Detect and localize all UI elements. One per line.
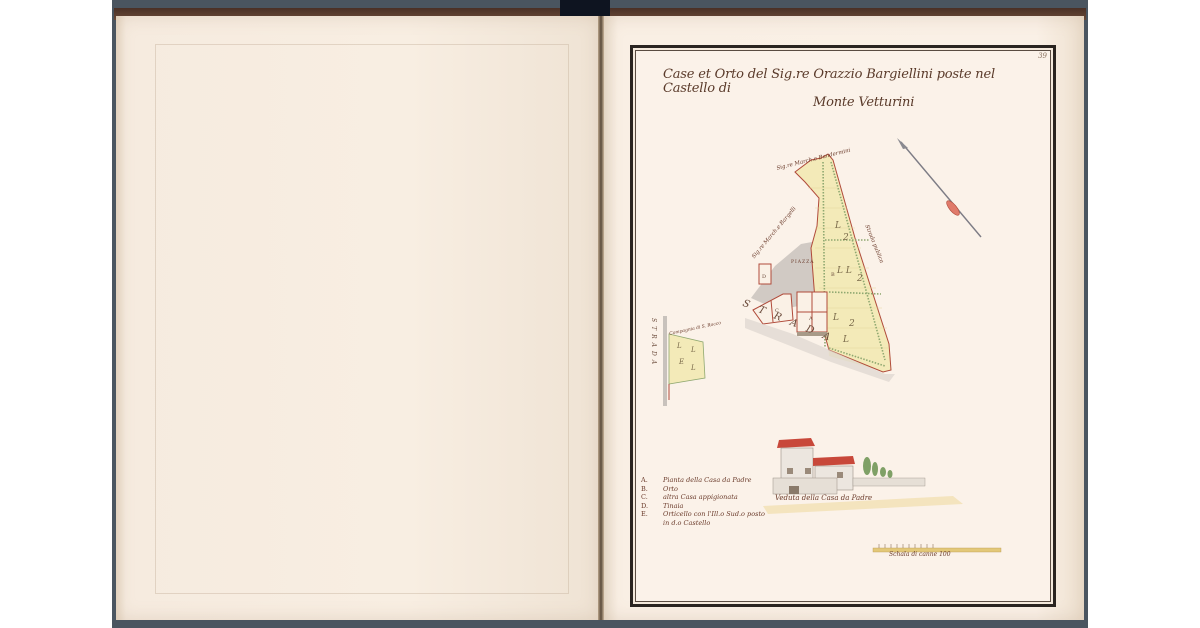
label-piazza: PIAZZA [791,260,815,265]
street-label-small: STRADA [650,318,657,368]
svg-text:2: 2 [842,233,849,243]
svg-text:L: L [834,221,841,231]
svg-text:2: 2 [856,274,863,284]
map-legend: A. Pianta della Casa da Padre B. Orto C.… [641,476,781,528]
svg-text:D: D [762,274,766,280]
svg-text:B: B [831,272,835,278]
legend-item-b: B. Orto [641,485,781,494]
legend-item-e: E. Orticello con l'Ill.o Sud.o posto [641,510,781,519]
svg-text:L: L [690,346,696,354]
svg-text:2: 2 [848,319,855,329]
show-through-frame [155,44,569,594]
house-view-caption: Veduta della Casa da Padre [775,494,872,502]
compass-arrow-icon [897,138,981,237]
svg-text:L L: L L [836,266,852,276]
scale-caption: Schala di canne 100 [889,551,951,558]
legend-item-a: A. Pianta della Casa da Padre [641,476,781,485]
legend-item-d: D. Tinaia [641,502,781,511]
legend-item-c: C. altra Casa appigionata [641,493,781,502]
svg-text:L: L [676,342,682,350]
svg-text:A: A [808,316,813,322]
house-elevation-drawing [763,438,963,514]
map-frame: 39 Case et Orto del Sig.re Orazzio Bargi… [630,45,1056,607]
svg-text:L: L [690,364,696,372]
svg-text:L: L [832,313,839,323]
svg-text:E: E [678,358,684,366]
legend-item-e-continuation: in d.o Castello [641,519,781,528]
svg-text:L: L [842,335,849,345]
